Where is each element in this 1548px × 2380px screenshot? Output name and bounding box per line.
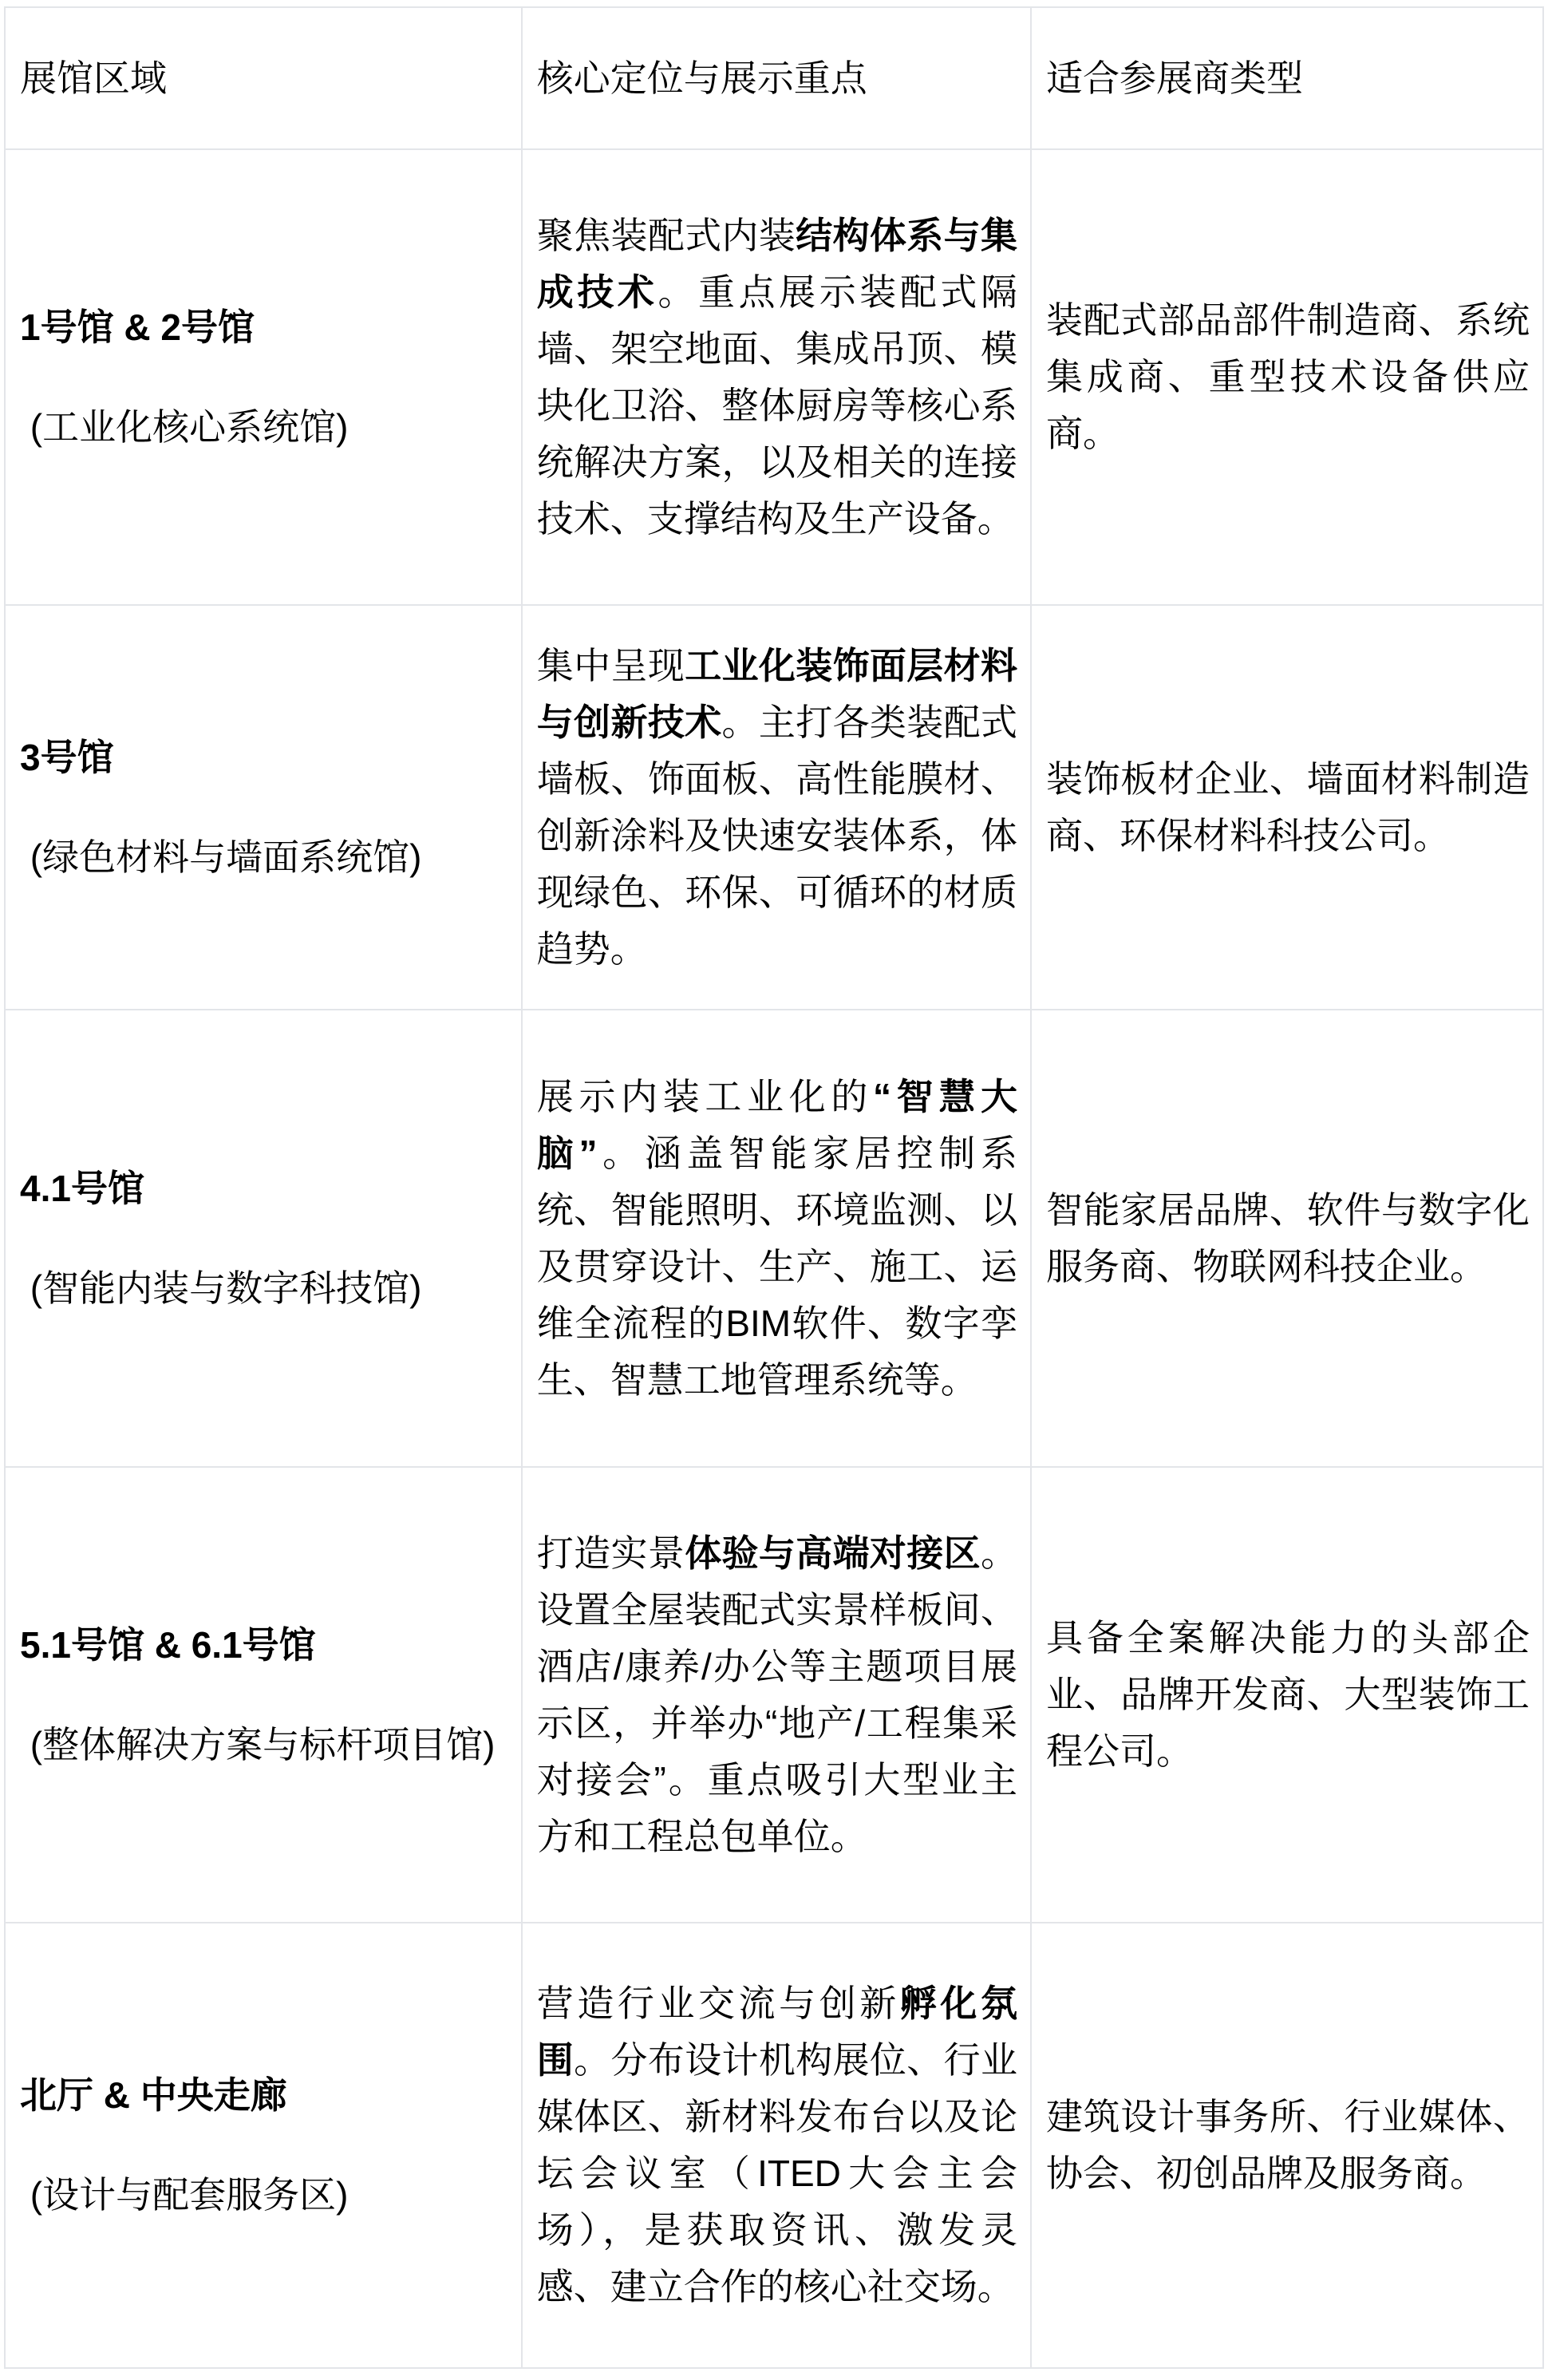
focus-text: 打造实景体验与高端对接区。设置全屋装配式实景样板间、酒店/康养/办公等主题项目展… — [537, 1525, 1017, 1865]
focus-post: 。设置全屋装配式实景样板间、酒店/康养/办公等主题项目展示区，并举办“地产/工程… — [537, 1532, 1017, 1857]
hall-title: 3号馆 — [20, 729, 508, 786]
hall-cell: 北厅 & 中央走廊 (设计与配套服务区) — [5, 1923, 522, 2368]
hall-cell: 4.1号馆 (智能内装与数字科技馆) — [5, 1010, 522, 1467]
header-hall-area: 展馆区域 — [5, 7, 522, 149]
hall-title: 5.1号馆 & 6.1号馆 — [20, 1617, 508, 1674]
focus-cell: 展示内装工业化的“智慧大脑”。涵盖智能家居控制系统、智能照明、环境监测、以及贯穿… — [522, 1010, 1031, 1467]
hall-title: 1号馆 & 2号馆 — [20, 299, 508, 356]
exhibition-hall-table: 展馆区域 核心定位与展示重点 适合参展商类型 1号馆 & 2号馆 (工业化核心系… — [4, 6, 1544, 2369]
focus-text: 集中呈现工业化装饰面层材料与创新技术。主打各类装配式墙板、饰面板、高性能膜材、创… — [537, 638, 1017, 978]
focus-cell: 打造实景体验与高端对接区。设置全屋装配式实景样板间、酒店/康养/办公等主题项目展… — [522, 1467, 1031, 1923]
hall-note: (设计与配套服务区) — [20, 2167, 508, 2224]
hall-title: 4.1号馆 — [20, 1160, 508, 1217]
table-row-hall-5-1-6-1: 5.1号馆 & 6.1号馆 (整体解决方案与标杆项目馆) 打造实景体验与高端对接… — [5, 1467, 1543, 1923]
hall-cell: 1号馆 & 2号馆 (工业化核心系统馆) — [5, 149, 522, 605]
hall-note: (绿色材料与墙面系统馆) — [20, 829, 508, 886]
exhibitors-cell: 装配式部品部件制造商、系统集成商、重型技术设备供应商。 — [1031, 149, 1543, 605]
exhibitor-text: 装饰板材企业、墙面材料制造商、环保材料科技公司。 — [1046, 751, 1530, 864]
focus-post: 。涵盖智能家居控制系统、智能照明、环境监测、以及贯穿设计、生产、施工、运维全流程… — [537, 1133, 1017, 1401]
focus-text: 营造行业交流与创新孵化氛围。分布设计机构展位、行业媒体区、新材料发布台以及论坛会… — [537, 1975, 1017, 2315]
focus-text: 展示内装工业化的“智慧大脑”。涵盖智能家居控制系统、智能照明、环境监测、以及贯穿… — [537, 1069, 1017, 1409]
header-core-focus: 核心定位与展示重点 — [522, 7, 1031, 149]
exhibitor-text: 具备全案解决能力的头部企业、品牌开发商、大型装饰工程公司。 — [1046, 1610, 1530, 1780]
focus-pre: 打造实景 — [537, 1532, 685, 1574]
header-exhibitor-type: 适合参展商类型 — [1031, 7, 1543, 149]
focus-pre: 展示内装工业化的 — [537, 1076, 873, 1117]
exhibitors-cell: 建筑设计事务所、行业媒体、协会、初创品牌及服务商。 — [1031, 1923, 1543, 2368]
focus-text: 聚焦装配式内装结构体系与集成技术。重点展示装配式隔墙、架空地面、集成吊顶、模块化… — [537, 208, 1017, 548]
exhibitor-text: 建筑设计事务所、行业媒体、协会、初创品牌及服务商。 — [1046, 2089, 1530, 2202]
hall-cell: 5.1号馆 & 6.1号馆 (整体解决方案与标杆项目馆) — [5, 1467, 522, 1923]
hall-title: 北厅 & 中央走廊 — [20, 2067, 508, 2124]
focus-post: 。分布设计机构展位、行业媒体区、新材料发布台以及论坛会议室（ITED大会主会场）… — [537, 2039, 1017, 2307]
hall-note: (工业化核心系统馆) — [20, 399, 508, 456]
table-row-hall-4-1: 4.1号馆 (智能内装与数字科技馆) 展示内装工业化的“智慧大脑”。涵盖智能家居… — [5, 1010, 1543, 1467]
page: 展馆区域 核心定位与展示重点 适合参展商类型 1号馆 & 2号馆 (工业化核心系… — [0, 0, 1548, 2380]
table-row-hall-3: 3号馆 (绿色材料与墙面系统馆) 集中呈现工业化装饰面层材料与创新技术。主打各类… — [5, 605, 1543, 1010]
table-row-hall-1-2: 1号馆 & 2号馆 (工业化核心系统馆) 聚焦装配式内装结构体系与集成技术。重点… — [5, 149, 1543, 605]
focus-cell: 营造行业交流与创新孵化氛围。分布设计机构展位、行业媒体区、新材料发布台以及论坛会… — [522, 1923, 1031, 2368]
exhibitors-cell: 智能家居品牌、软件与数字化服务商、物联网科技企业。 — [1031, 1010, 1543, 1467]
header-row: 展馆区域 核心定位与展示重点 适合参展商类型 — [5, 7, 1543, 149]
exhibitors-cell: 装饰板材企业、墙面材料制造商、环保材料科技公司。 — [1031, 605, 1543, 1010]
focus-pre: 营造行业交流与创新 — [537, 1983, 900, 2024]
exhibitor-text: 智能家居品牌、软件与数字化服务商、物联网科技企业。 — [1046, 1182, 1530, 1295]
table-row-north-hall-corridor: 北厅 & 中央走廊 (设计与配套服务区) 营造行业交流与创新孵化氛围。分布设计机… — [5, 1923, 1543, 2368]
focus-bold: 体验与高端对接区 — [685, 1532, 981, 1574]
focus-cell: 聚焦装配式内装结构体系与集成技术。重点展示装配式隔墙、架空地面、集成吊顶、模块化… — [522, 149, 1031, 605]
hall-cell: 3号馆 (绿色材料与墙面系统馆) — [5, 605, 522, 1010]
exhibitors-cell: 具备全案解决能力的头部企业、品牌开发商、大型装饰工程公司。 — [1031, 1467, 1543, 1923]
hall-note: (智能内装与数字科技馆) — [20, 1260, 508, 1317]
hall-note: (整体解决方案与标杆项目馆) — [20, 1717, 508, 1773]
exhibitor-text: 装配式部品部件制造商、系统集成商、重型技术设备供应商。 — [1046, 292, 1530, 462]
focus-pre: 集中呈现 — [537, 645, 685, 686]
focus-pre: 聚焦装配式内装 — [537, 215, 796, 256]
focus-cell: 集中呈现工业化装饰面层材料与创新技术。主打各类装配式墙板、饰面板、高性能膜材、创… — [522, 605, 1031, 1010]
